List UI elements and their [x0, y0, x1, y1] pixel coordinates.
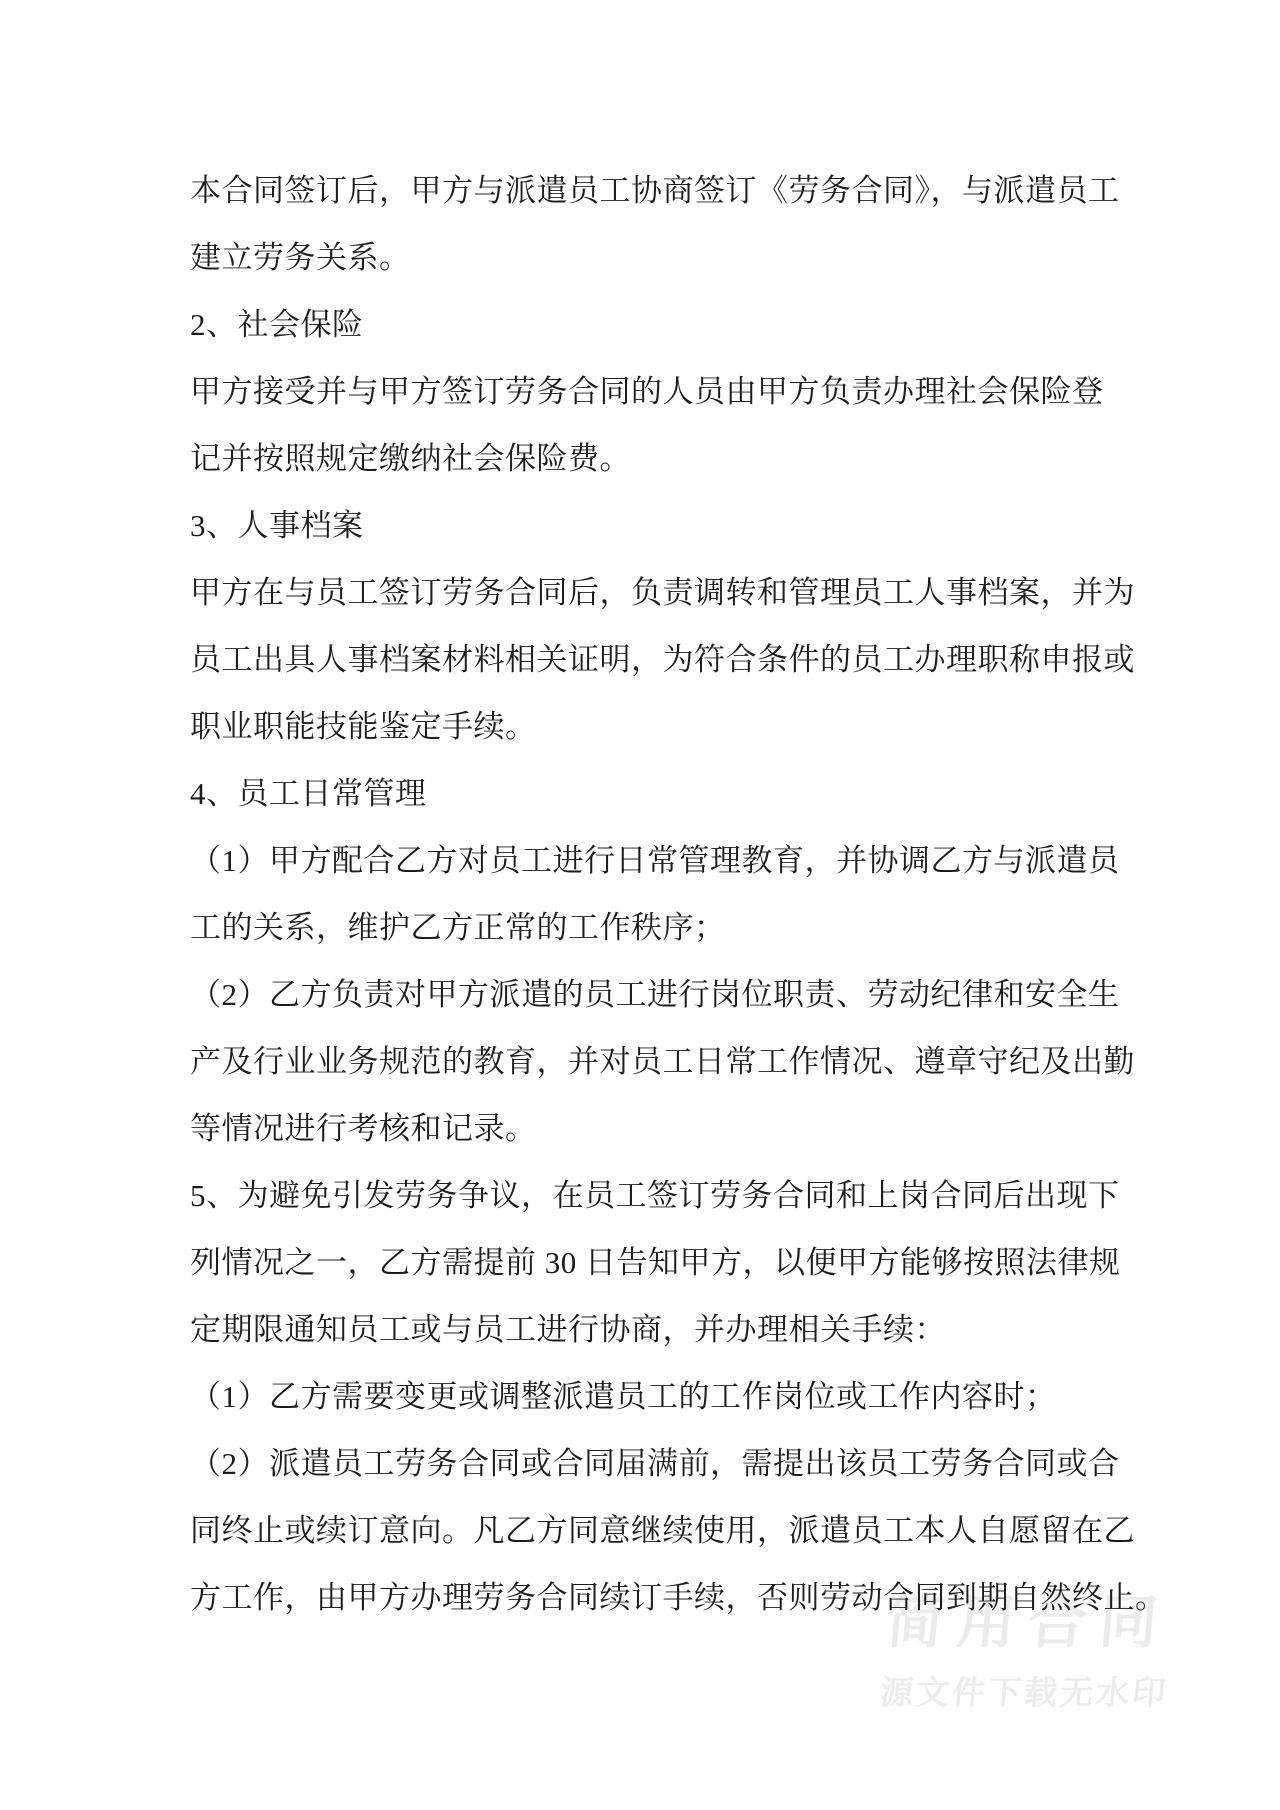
- contract-line: 甲方接受并与甲方签订劳务合同的人员由甲方负责办理社会保险登: [190, 358, 1102, 425]
- contract-document-page: 简用合同 源文件下载无水印 本合同签订后，甲方与派遣员工协商签订《劳务合同》，与…: [0, 0, 1280, 1810]
- watermark-subtitle: 源文件下载无水印: [879, 1676, 1242, 1710]
- contract-line: 产及行业业务规范的教育，并对员工日常工作情况、遵章守纪及出勤: [190, 1028, 1102, 1095]
- contract-line: 工的关系，维护乙方正常的工作秩序；: [190, 894, 1102, 961]
- contract-line: （1）甲方配合乙方对员工进行日常管理教育，并协调乙方与派遣员: [190, 827, 1102, 894]
- contract-line: 等情况进行考核和记录。: [190, 1095, 1102, 1162]
- contract-line: 定期限通知员工或与员工进行协商，并办理相关手续：: [190, 1296, 1102, 1363]
- clause-heading-dispute-avoidance: 5、为避免引发劳务争议，在员工签订劳务合同和上岗合同后出现下: [190, 1162, 1102, 1229]
- contract-line: 建立劳务关系。: [190, 224, 1102, 291]
- contract-line: 同终止或续订意向。凡乙方同意继续使用，派遣员工本人自愿留在乙: [190, 1497, 1102, 1564]
- contract-line: 甲方在与员工签订劳务合同后，负责调转和管理员工人事档案，并为: [190, 559, 1102, 626]
- contract-line: 本合同签订后，甲方与派遣员工协商签订《劳务合同》，与派遣员工: [190, 157, 1102, 224]
- contract-body: 本合同签订后，甲方与派遣员工协商签订《劳务合同》，与派遣员工 建立劳务关系。 2…: [190, 157, 1102, 1631]
- contract-line: 员工出具人事档案材料相关证明，为符合条件的员工办理职称申报或: [190, 626, 1102, 693]
- clause-heading-social-insurance: 2、社会保险: [190, 291, 1102, 358]
- contract-line: 列情况之一，乙方需提前 30 日告知甲方，以便甲方能够按照法律规: [190, 1229, 1102, 1296]
- contract-line: （1）乙方需要变更或调整派遣员工的工作岗位或工作内容时；: [190, 1363, 1102, 1430]
- clause-heading-daily-management: 4、员工日常管理: [190, 760, 1102, 827]
- clause-heading-personnel-files: 3、人事档案: [190, 492, 1102, 559]
- contract-line: （2）派遣员工劳务合同或合同届满前，需提出该员工劳务合同或合: [190, 1430, 1102, 1497]
- contract-line: 职业职能技能鉴定手续。: [190, 693, 1102, 760]
- contract-line: （2）乙方负责对甲方派遣的员工进行岗位职责、劳动纪律和安全生: [190, 961, 1102, 1028]
- contract-line: 记并按照规定缴纳社会保险费。: [190, 425, 1102, 492]
- contract-line: 方工作，由甲方办理劳务合同续订手续，否则劳动合同到期自然终止。: [190, 1564, 1102, 1631]
